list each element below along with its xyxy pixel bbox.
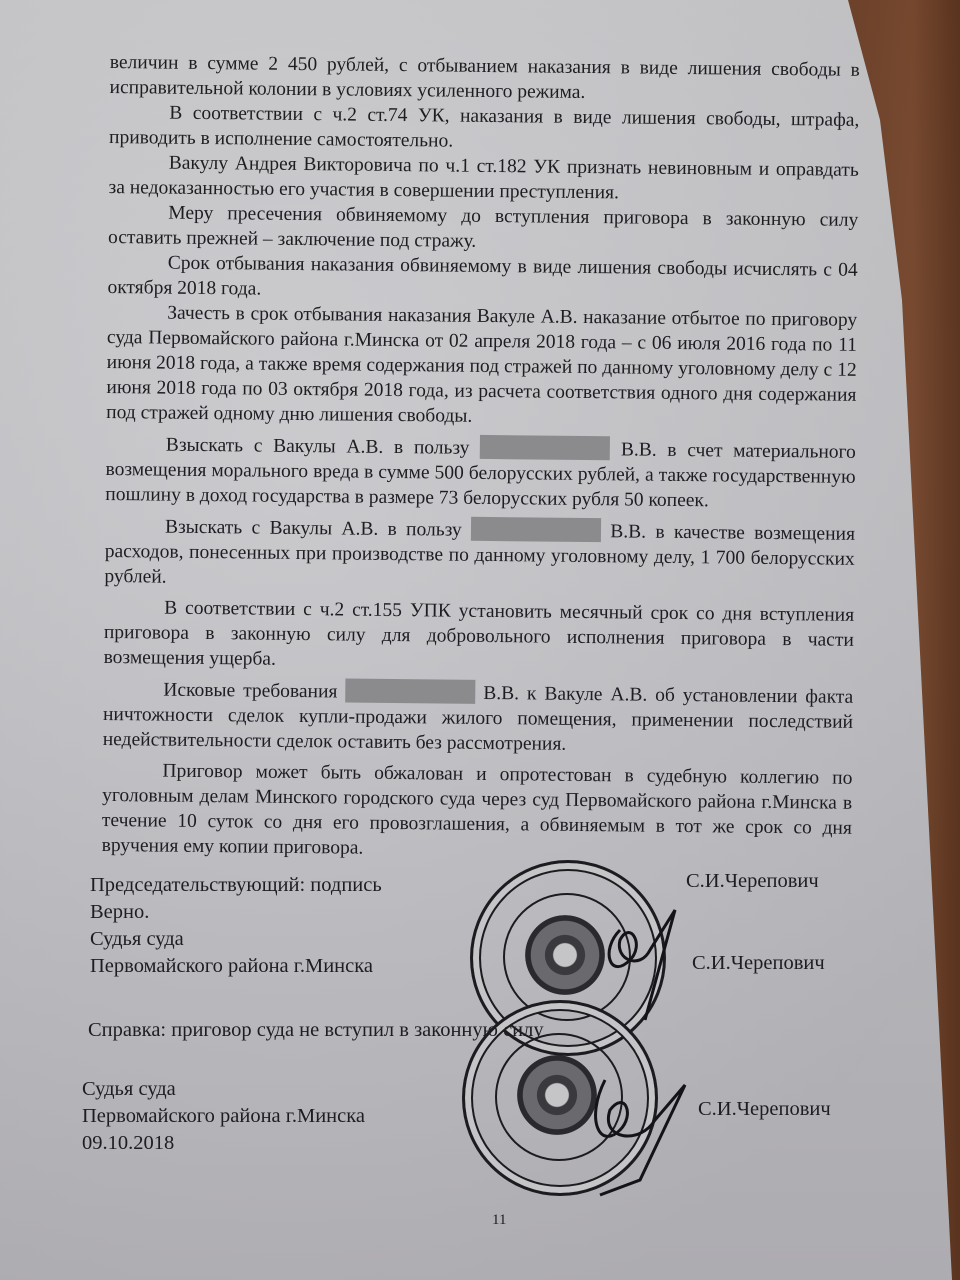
paragraph-compensation-costs: Взыскать с Вакулы А.В. в пользу В.В. в к… bbox=[104, 513, 855, 597]
judge-name-2: С.И.Черепович bbox=[692, 950, 825, 977]
judge-title: Судья суда bbox=[82, 1076, 365, 1103]
verdict-body: величин в сумме 2 450 рублей, с отбывани… bbox=[102, 50, 860, 866]
page-number: 11 bbox=[492, 1212, 506, 1229]
paragraph-compensation-moral: Взыскать с Вакулы А.В. в пользу В.В. в с… bbox=[105, 431, 856, 515]
paragraph: Зачесть в срок отбывания наказания Вакул… bbox=[106, 300, 857, 433]
text-before: Исковые требования bbox=[163, 680, 337, 703]
signature-icon bbox=[580, 1060, 690, 1200]
paragraph: величин в сумме 2 450 рублей, с отбывани… bbox=[109, 50, 859, 108]
paragraph: Меру пресечения обвиняемому до вступлени… bbox=[108, 200, 858, 258]
paragraph-appeal: Приговор может быть обжалован и опротест… bbox=[102, 758, 853, 866]
paragraph: Срок отбывания наказания обвиняемому в в… bbox=[107, 250, 857, 308]
redacted-name bbox=[345, 679, 475, 704]
judge-title: Судья суда bbox=[90, 926, 382, 953]
redacted-name bbox=[471, 517, 601, 542]
signature-icon bbox=[590, 900, 680, 1030]
text-before: Взыскать с Вакулы А.В. в пользу bbox=[166, 435, 470, 459]
signature-block-judge: Судья суда Первомайского района г.Минска… bbox=[82, 1076, 365, 1157]
certified-label: Верно. bbox=[90, 899, 382, 926]
judge-name-3: С.И.Черепович bbox=[698, 1096, 831, 1123]
signature-block-presiding: Председательствующий: подпись Верно. Суд… bbox=[90, 872, 382, 980]
redacted-name bbox=[480, 435, 610, 460]
paragraph: В соответствии с ч.2 ст.74 УК, наказания… bbox=[109, 100, 859, 158]
paragraph: Вакулу Андрея Викторовича по ч.1 ст.182 … bbox=[108, 150, 858, 208]
text-before: Взыскать с Вакулы А.В. в пользу bbox=[165, 517, 462, 541]
court-name: Первомайского района г.Минска bbox=[82, 1103, 365, 1130]
judge-name-1: С.И.Черепович bbox=[686, 868, 819, 895]
presiding-label: Председательствующий: подпись bbox=[90, 872, 382, 899]
paragraph-civil-claims: Исковые требования В.В. к Вакуле А.В. об… bbox=[103, 676, 854, 760]
court-name: Первомайского района г.Минска bbox=[90, 953, 382, 980]
paragraph-voluntary-term: В соответствии с ч.2 ст.155 УПК установи… bbox=[104, 595, 855, 678]
certificate-note: Справка: приговор суда не вступил в зако… bbox=[88, 1017, 544, 1044]
document-date: 09.10.2018 bbox=[82, 1130, 365, 1157]
